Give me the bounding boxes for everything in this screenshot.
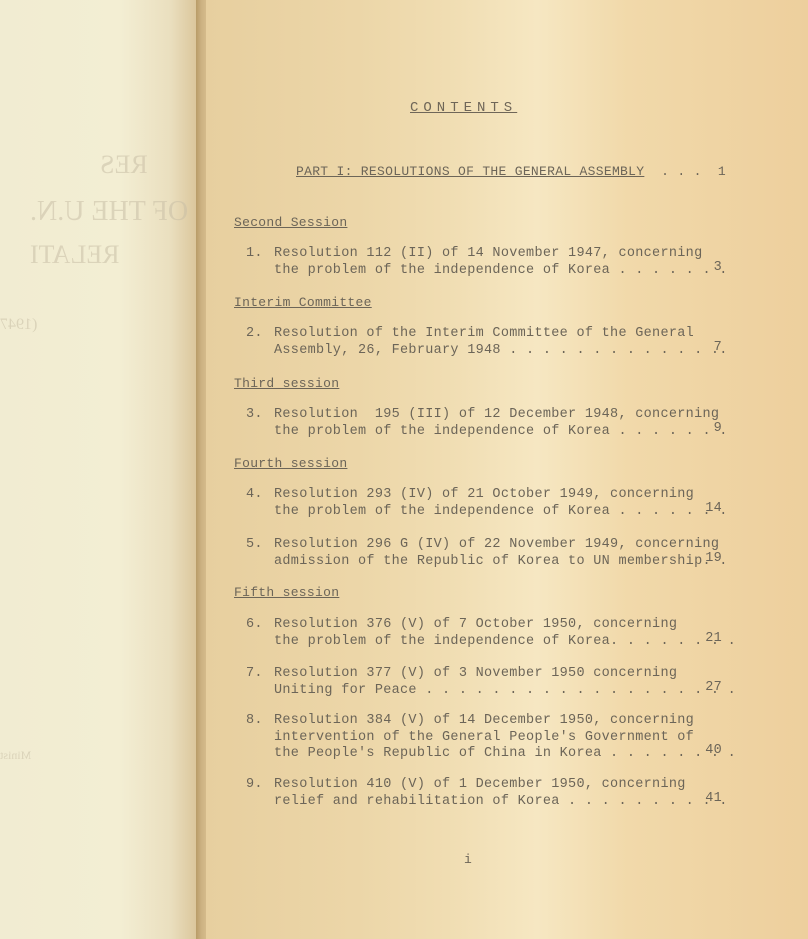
- entry-number: 9.: [246, 777, 263, 794]
- entry-line: the People's Republic of China in Korea …: [274, 746, 704, 763]
- section-heading: Interim Committee: [234, 295, 372, 310]
- entry-line: Resolution of the Interim Committee of t…: [274, 326, 704, 343]
- entry-page-number: 27: [705, 680, 722, 697]
- entry-number: 2.: [246, 326, 263, 343]
- entry-line: the problem of the independence of Korea…: [274, 634, 704, 651]
- entry-line: Resolution 377 (V) of 3 November 1950 co…: [274, 666, 704, 683]
- entry-line: Resolution 195 (III) of 12 December 1948…: [274, 407, 704, 424]
- entry-text: Resolution 376 (V) of 7 October 1950, co…: [274, 617, 704, 650]
- page-title: CONTENTS: [410, 100, 517, 116]
- entry-text: Resolution of the Interim Committee of t…: [274, 326, 704, 359]
- entry-line: Resolution 296 G (IV) of 22 November 194…: [274, 537, 704, 554]
- entry-number: 4.: [246, 487, 263, 504]
- contents-document: CONTENTS PART I: RESOLUTIONS OF THE GENE…: [0, 0, 808, 939]
- entry-text: Resolution 410 (V) of 1 December 1950, c…: [274, 777, 704, 810]
- entry-line: Assembly, 26, February 1948 . . . . . . …: [274, 343, 704, 360]
- entry-text: Resolution 112 (II) of 14 November 1947,…: [274, 246, 704, 279]
- entry-text: Resolution 296 G (IV) of 22 November 194…: [274, 537, 704, 570]
- entry-line: relief and rehabilitation of Korea . . .…: [274, 794, 704, 811]
- section-heading: Fourth session: [234, 456, 347, 471]
- entry-line: Resolution 410 (V) of 1 December 1950, c…: [274, 777, 704, 794]
- entry-page-number: 40: [705, 743, 722, 760]
- entry-page-number: 41: [705, 791, 722, 808]
- entry-text: Resolution 384 (V) of 14 December 1950, …: [274, 713, 704, 763]
- entry-text: Resolution 377 (V) of 3 November 1950 co…: [274, 666, 704, 699]
- section-heading: Second Session: [234, 215, 347, 230]
- entry-number: 7.: [246, 666, 263, 683]
- entry-line: the problem of the independence of Korea…: [274, 263, 704, 280]
- entry-line: Uniting for Peace . . . . . . . . . . . …: [274, 683, 704, 700]
- entry-line: Resolution 384 (V) of 14 December 1950, …: [274, 713, 704, 730]
- entry-number: 1.: [246, 246, 263, 263]
- entry-page-number: 19: [705, 551, 722, 568]
- entry-page-number: 21: [705, 631, 722, 648]
- entry-page-number: 14: [705, 501, 722, 518]
- part-page: . . . 1: [661, 164, 726, 179]
- part-heading: PART I: RESOLUTIONS OF THE GENERAL ASSEM…: [296, 164, 726, 179]
- entry-text: Resolution 293 (IV) of 21 October 1949, …: [274, 487, 704, 520]
- entry-line: admission of the Republic of Korea to UN…: [274, 554, 704, 571]
- entry-line: intervention of the General People's Gov…: [274, 730, 704, 747]
- page-number: i: [464, 852, 472, 867]
- entry-line: the problem of the independence of Korea…: [274, 504, 704, 521]
- entry-number: 6.: [246, 617, 263, 634]
- entry-line: the problem of the independence of Korea…: [274, 424, 704, 441]
- entry-text: Resolution 195 (III) of 12 December 1948…: [274, 407, 704, 440]
- entry-number: 8.: [246, 713, 263, 730]
- entry-page-number: 7: [714, 340, 722, 357]
- entry-line: Resolution 293 (IV) of 21 October 1949, …: [274, 487, 704, 504]
- entry-line: Resolution 376 (V) of 7 October 1950, co…: [274, 617, 704, 634]
- entry-number: 5.: [246, 537, 263, 554]
- entry-line: Resolution 112 (II) of 14 November 1947,…: [274, 246, 704, 263]
- section-heading: Third session: [234, 376, 339, 391]
- entry-page-number: 3: [714, 260, 722, 277]
- entry-page-number: 9: [714, 421, 722, 438]
- part-label: PART I: RESOLUTIONS OF THE GENERAL ASSEM…: [296, 164, 644, 179]
- section-heading: Fifth session: [234, 585, 339, 600]
- entry-number: 3.: [246, 407, 263, 424]
